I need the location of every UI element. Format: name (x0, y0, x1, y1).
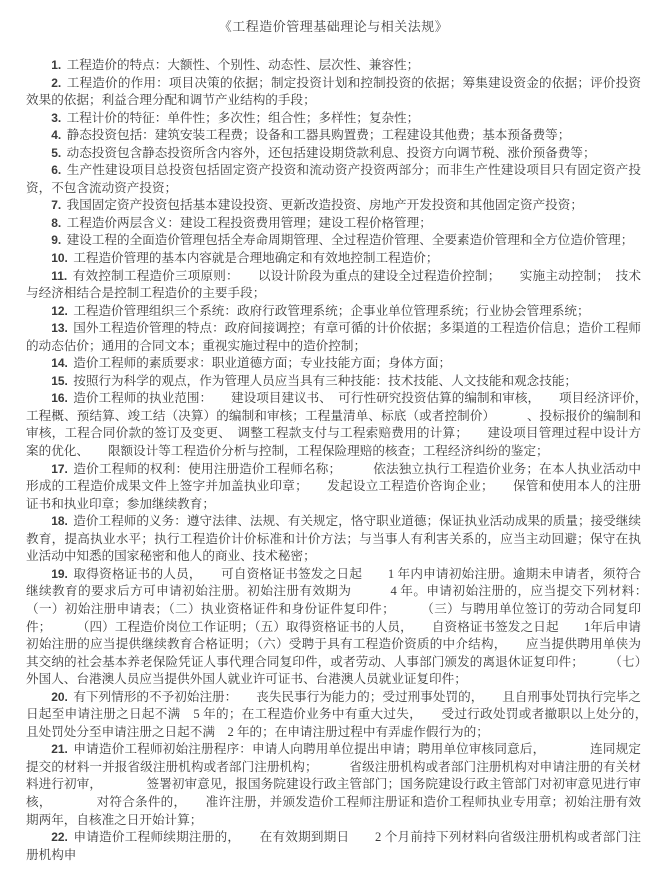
item-text: 造价工程师的义务：遵守法律、法规、有关规定，恪守职业道德；保证执业活动成果的质量… (26, 514, 641, 563)
item-text: 动态投资包含静态投资所含内容外，还包括建设期贷款利息、投资方向调节税、涨价预备费… (67, 146, 596, 160)
item-number: 22. (51, 830, 68, 844)
item-text: 造价工程师的权利：使用注册造价工程师名称； 依法独立执行工程造价业务；在本人执业… (26, 462, 641, 511)
document-page: 《工程造价管理基础理论与相关法规》 1.工程造价的特点：大额性、个别性、动态性、… (0, 0, 668, 892)
item-number: 17. (51, 462, 68, 476)
item-number: 7. (51, 198, 61, 212)
item-number: 10. (51, 251, 68, 265)
item-text: 生产性建设项目总投资包括固定资产投资和流动资产投资两部分；而非生产性建设项目只有… (26, 163, 641, 195)
list-item: 22.申请造价工程师续期注册的， 在有效期到期日 2 个月前持下列材料向省级注册… (26, 829, 641, 864)
item-number: 11. (51, 269, 67, 283)
item-text: 申请造价工程师续期注册的， 在有效期到期日 2 个月前持下列材料向省级注册机构或… (26, 830, 641, 862)
list-item: 3.工程计价的特征：单件性；多次性；组合性；多样性；复杂性； (26, 110, 641, 128)
item-text: 工程计价的特征：单件性；多次性；组合性；多样性；复杂性； (67, 111, 420, 125)
list-item: 16.造价工程师的执业范围： 建设项目建议书、 可行性研究投资估算的编制和审核，… (26, 390, 641, 460)
list-item: 11.有效控制工程造价三项原则： 以设计阶段为重点的建设全过程造价控制； 实施主… (26, 268, 641, 303)
item-number: 9. (51, 233, 61, 247)
list-item: 9.建设工程的全面造价管理包括全寿命周期管理、全过程造价管理、全要素造价管理和全… (26, 232, 641, 250)
list-item: 6.生产性建设项目总投资包括固定资产投资和流动资产投资两部分；而非生产性建设项目… (26, 162, 641, 197)
item-number: 13. (51, 321, 68, 335)
item-number: 21. (51, 742, 68, 756)
item-text: 造价工程师的执业范围： 建设项目建议书、 可行性研究投资估算的编制和审核， 项目… (26, 391, 654, 458)
list-item: 17.造价工程师的权利：使用注册造价工程师名称； 依法独立执行工程造价业务；在本… (26, 461, 641, 514)
item-text: 工程造价管理的基本内容就是合理地确定和有效地控制工程造价； (73, 251, 438, 265)
item-number: 6. (51, 163, 61, 177)
item-text: 有下列情形的不予初始注册： 丧失民事行为能力的；受过刑事处罚的， 且自刑事处罚执… (26, 690, 666, 739)
item-number: 2. (51, 76, 61, 90)
item-number: 8. (51, 216, 61, 230)
list-item: 15.按照行为科学的观点，作为管理人员应当具有三种技能：技术技能、人文技能和观念… (26, 373, 641, 391)
item-number: 3. (51, 111, 61, 125)
list-item: 10.工程造价管理的基本内容就是合理地确定和有效地控制工程造价； (26, 250, 641, 268)
list-item: 21.申请造价工程师初始注册程序：申请人向聘用单位提出申请；聘用单位审核同意后，… (26, 741, 641, 829)
item-text: 申请造价工程师初始注册程序：申请人向聘用单位提出申请；聘用单位审核同意后， 连同… (26, 742, 641, 826)
item-number: 18. (51, 514, 68, 528)
item-number: 15. (51, 374, 68, 388)
item-text: 我国固定资产投资包括基本建设投资、更新改造投资、房地产开发投资和其他固定资产投资… (67, 198, 583, 212)
document-body: 1.工程造价的特点：大额性、个别性、动态性、层次性、兼容性；2.工程造价的作用：… (26, 57, 641, 864)
list-item: 20.有下列情形的不予初始注册： 丧失民事行为能力的；受过刑事处罚的， 且自刑事… (26, 689, 641, 742)
item-number: 4. (51, 128, 61, 142)
item-number: 5. (51, 146, 61, 160)
item-number: 20. (51, 690, 68, 704)
list-item: 7.我国固定资产投资包括基本建设投资、更新改造投资、房地产开发投资和其他固定资产… (26, 197, 641, 215)
list-item: 8.工程造价两层含义：建设工程投资费用管理；建设工程价格管理； (26, 215, 641, 233)
item-text: 按照行为科学的观点，作为管理人员应当具有三种技能：技术技能、人文技能和观念技能； (73, 374, 577, 388)
item-text: 工程造价的特点：大额性、个别性、动态性、层次性、兼容性； (67, 58, 420, 72)
item-text: 国外工程造价管理的特点：政府间接调控；有章可循的计价依据；多渠道的工程造价信息；… (26, 321, 641, 353)
item-text: 静态投资包括：建筑安装工程费；设备和工器具购置费；工程建设其他费；基本预备费等； (67, 128, 571, 142)
item-text: 工程造价两层含义：建设工程投资费用管理；建设工程价格管理； (67, 216, 432, 230)
item-text: 有效控制工程造价三项原则： 以设计阶段为重点的建设全过程造价控制； 实施主动控制… (26, 269, 641, 301)
item-number: 1. (51, 58, 61, 72)
list-item: 14.造价工程师的素质要求：职业道德方面；专业技能方面；身体方面； (26, 355, 641, 373)
item-text: 工程造价的作用：项目决策的依据；制定投资计划和控制投资的依据；筹集建设资金的依据… (26, 76, 641, 108)
item-text: 建设工程的全面造价管理包括全寿命周期管理、全过程造价管理、全要素造价管理和全方位… (67, 233, 634, 247)
list-item: 1.工程造价的特点：大额性、个别性、动态性、层次性、兼容性； (26, 57, 641, 75)
item-number: 12. (51, 304, 68, 318)
list-item: 19.取得资格证书的人员， 可自资格证书签发之日起 1 年内申请初始注册。逾期未… (26, 566, 641, 689)
item-number: 16. (51, 391, 68, 405)
list-item: 5.动态投资包含静态投资所含内容外，还包括建设期贷款利息、投资方向调节税、涨价预… (26, 145, 641, 163)
item-text: 造价工程师的素质要求：职业道德方面；专业技能方面；身体方面； (73, 356, 451, 370)
list-item: 12.工程造价管理组织三个系统：政府行政管理系统；企事业单位管理系统；行业协会管… (26, 303, 641, 321)
document-title: 《工程造价管理基础理论与相关法规》 (26, 18, 641, 36)
list-item: 13.国外工程造价管理的特点：政府间接调控；有章可循的计价依据；多渠道的工程造价… (26, 320, 641, 355)
list-item: 18.造价工程师的义务：遵守法律、法规、有关规定，恪守职业道德；保证执业活动成果… (26, 513, 641, 566)
list-item: 2.工程造价的作用：项目决策的依据；制定投资计划和控制投资的依据；筹集建设资金的… (26, 75, 641, 110)
item-number: 19. (51, 567, 68, 581)
item-number: 14. (51, 356, 68, 370)
list-item: 4.静态投资包括：建筑安装工程费；设备和工器具购置费；工程建设其他费；基本预备费… (26, 127, 641, 145)
item-text: 取得资格证书的人员， 可自资格证书签发之日起 1 年内申请初始注册。逾期未申请者… (26, 567, 668, 686)
item-text: 工程造价管理组织三个系统：政府行政管理系统；企事业单位管理系统；行业协会管理系统… (73, 304, 589, 318)
